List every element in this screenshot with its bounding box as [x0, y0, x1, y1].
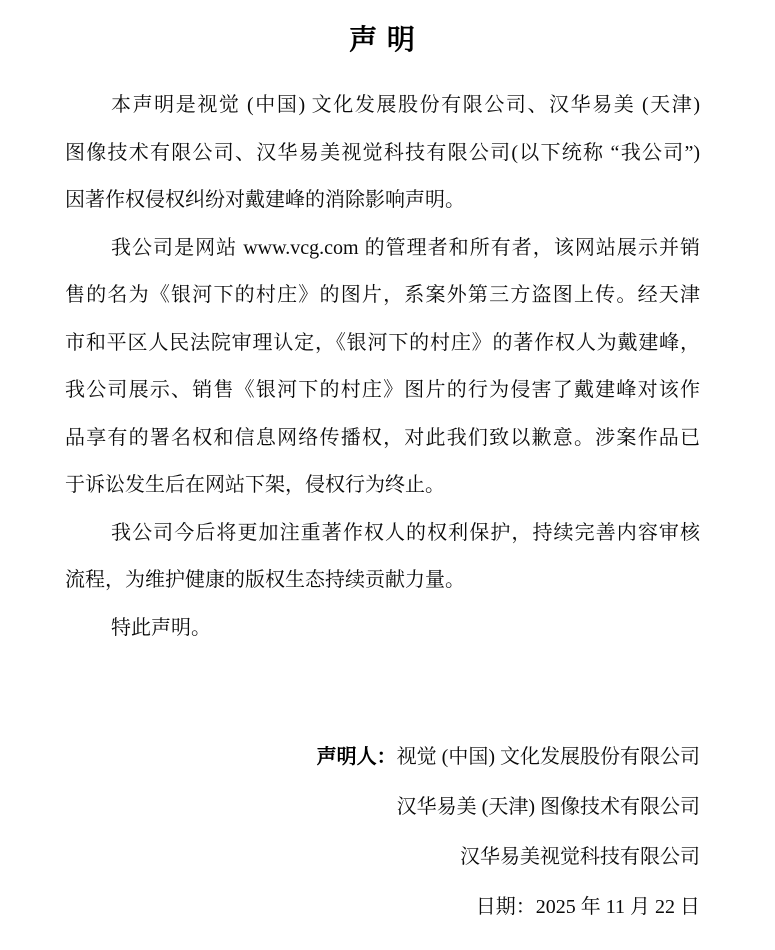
document-title: 声 明	[65, 22, 700, 58]
text-line: 我公司展示、销售《银河下的村庄》图片的行为侵害了戴建峰对该作	[65, 367, 700, 415]
company-name-2: 汉华易美 (天津) 图像技术有限公司	[65, 782, 700, 832]
text-line: 售的名为《银河下的村庄》的图片，系案外第三方盗图上传。经天津	[65, 272, 700, 320]
text-line: 本声明是视觉 (中国) 文化发展股份有限公司、汉华易美 (天津)	[65, 82, 700, 130]
paragraph-commitment: 我公司今后将更加注重著作权人的权利保护，持续完善内容审核 流程，为维护健康的版权…	[65, 510, 700, 605]
declarant-line: 声明人：视觉 (中国) 文化发展股份有限公司	[65, 732, 700, 782]
paragraph-intro: 本声明是视觉 (中国) 文化发展股份有限公司、汉华易美 (天津) 图像技术有限公…	[65, 82, 700, 225]
text-line: 于诉讼发生后在网站下架，侵权行为终止。	[65, 462, 700, 510]
statement-body: 本声明是视觉 (中国) 文化发展股份有限公司、汉华易美 (天津) 图像技术有限公…	[65, 82, 700, 652]
paragraph-facts: 我公司是网站 www.vcg.com 的管理者和所有者，该网站展示并销 售的名为…	[65, 225, 700, 510]
text-line: 我公司今后将更加注重著作权人的权利保护，持续完善内容审核	[65, 510, 700, 558]
text-line: 品享有的署名权和信息网络传播权，对此我们致以歉意。涉案作品已	[65, 415, 700, 463]
company-name-3: 汉华易美视觉科技有限公司	[65, 832, 700, 882]
company-name-1: 视觉 (中国) 文化发展股份有限公司	[397, 746, 700, 768]
text-line: 图像技术有限公司、汉华易美视觉科技有限公司(以下统称 “我公司”)	[65, 130, 700, 178]
declarant-label: 声明人：	[317, 746, 397, 768]
statement-document: 声 明 本声明是视觉 (中国) 文化发展股份有限公司、汉华易美 (天津) 图像技…	[0, 0, 775, 950]
date-label: 日期：	[476, 896, 536, 918]
date-line: 日期：2025 年 11 月 22 日	[65, 882, 700, 932]
text-line: 流程，为维护健康的版权生态持续贡献力量。	[65, 557, 700, 605]
text-line: 我公司是网站 www.vcg.com 的管理者和所有者，该网站展示并销	[65, 225, 700, 273]
signature-block: 声明人：视觉 (中国) 文化发展股份有限公司 汉华易美 (天津) 图像技术有限公…	[65, 732, 700, 932]
date-value: 2025 年 11 月 22 日	[536, 896, 700, 918]
text-line: 因著作权侵权纠纷对戴建峰的消除影响声明。	[65, 177, 700, 225]
text-line: 市和平区人民法院审理认定，《银河下的村庄》的著作权人为戴建峰，	[65, 320, 700, 368]
text-line: 特此声明。	[65, 605, 700, 653]
paragraph-closing: 特此声明。	[65, 605, 700, 653]
